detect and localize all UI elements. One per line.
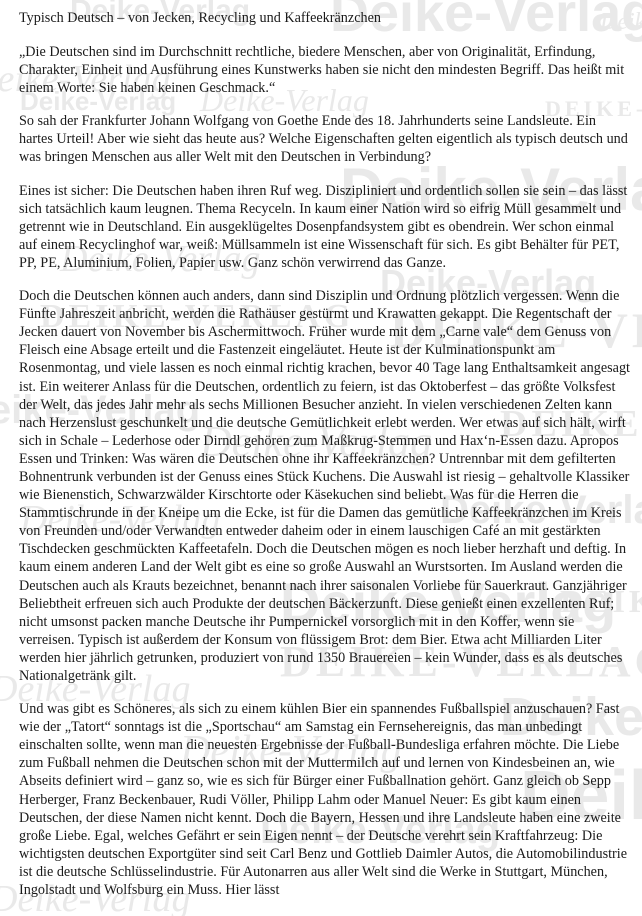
paragraph-recycling: Eines ist sicher: Die Deutschen haben ih… bbox=[19, 182, 632, 272]
paragraph-football-cars: Und was gibt es Schöneres, als sich zu e… bbox=[19, 700, 632, 899]
paragraph-carnival-food: Doch die Deutschen können auch anders, d… bbox=[19, 287, 632, 685]
document-title: Typisch Deutsch – von Jecken, Recycling … bbox=[19, 9, 632, 28]
paragraph-goethe-quote: „Die Deutschen sind im Durchschnitt rech… bbox=[19, 43, 632, 97]
document-body: Typisch Deutsch – von Jecken, Recycling … bbox=[0, 0, 642, 899]
paragraph-intro: So sah der Frankfurter Johann Wolfgang v… bbox=[19, 112, 632, 166]
